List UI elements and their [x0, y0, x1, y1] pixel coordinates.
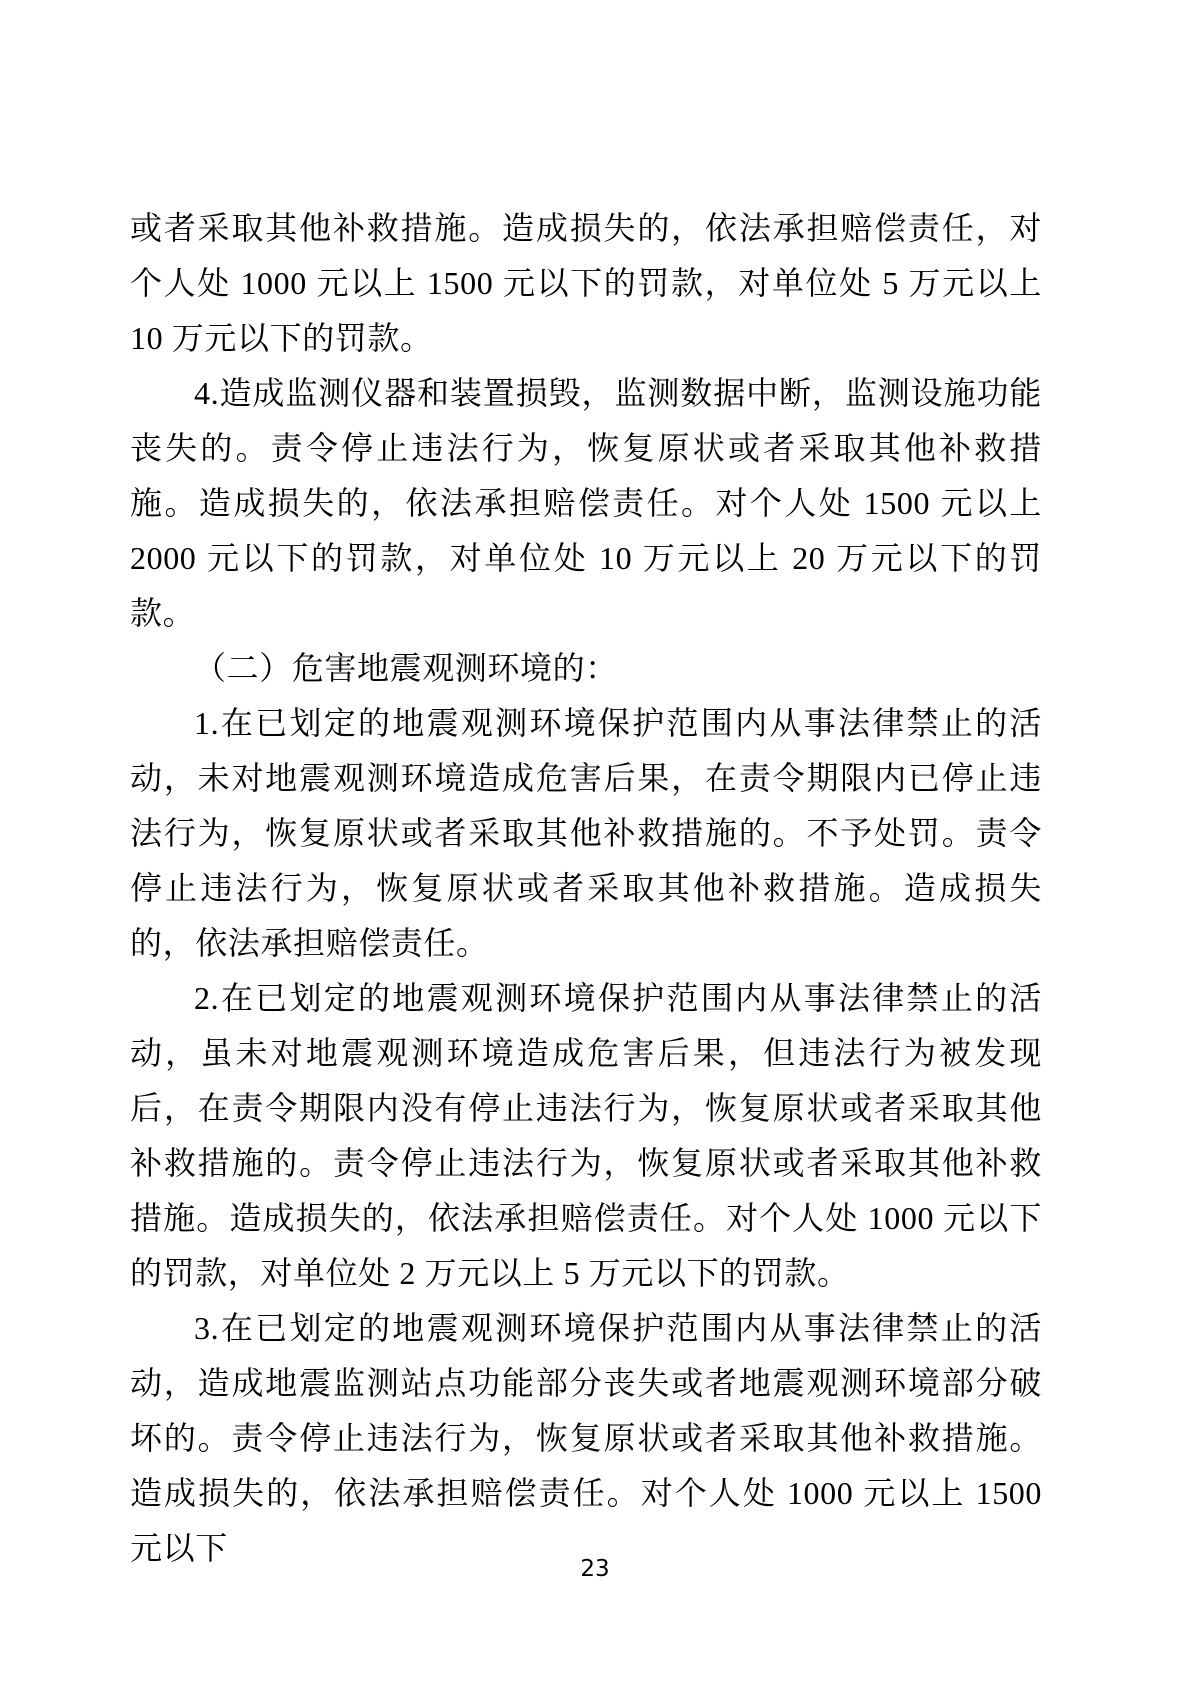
document-page: 或者采取其他补救措施。造成损失的，依法承担赔偿责任，对个人处 1000 元以上 …	[0, 0, 1190, 1683]
item-4-paragraph: 4.造成监测仪器和装置损毁，监测数据中断，监测设施功能丧失的。责令停止违法行为，…	[130, 366, 1042, 641]
page-footer: 23	[0, 1556, 1190, 1582]
continuation-paragraph: 或者采取其他补救措施。造成损失的，依法承担赔偿责任，对个人处 1000 元以上 …	[130, 201, 1042, 366]
page-number: 23	[580, 1556, 609, 1582]
item-1-paragraph: 1.在已划定的地震观测环境保护范围内从事法律禁止的活动，未对地震观测环境造成危害…	[130, 696, 1042, 971]
page-body: 或者采取其他补救措施。造成损失的，依法承担赔偿责任，对个人处 1000 元以上 …	[130, 201, 1042, 1576]
section-2-heading: （二）危害地震观测环境的：	[130, 641, 1042, 696]
item-2-paragraph: 2.在已划定的地震观测环境保护范围内从事法律禁止的活动，虽未对地震观测环境造成危…	[130, 971, 1042, 1301]
item-3-paragraph: 3.在已划定的地震观测环境保护范围内从事法律禁止的活动，造成地震监测站点功能部分…	[130, 1301, 1042, 1576]
